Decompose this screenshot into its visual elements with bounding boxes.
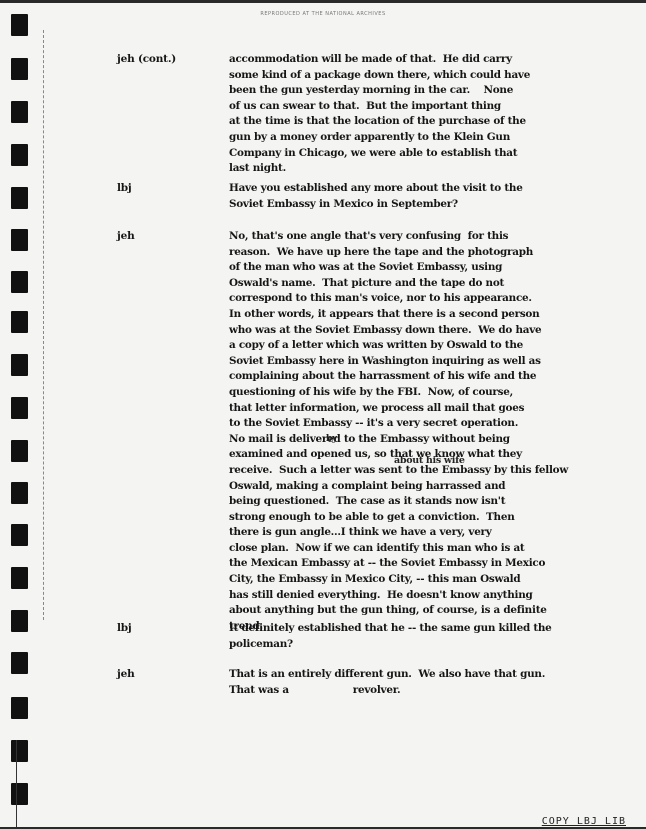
speech-line: gun by a money order apparently to the K… bbox=[229, 130, 629, 146]
speech-text: accommodation will be made of that. He d… bbox=[229, 52, 629, 177]
binder-line bbox=[16, 740, 17, 828]
speech-line: been the gun yesterday morning in the ca… bbox=[229, 83, 629, 99]
binder-hole bbox=[11, 144, 28, 166]
handwritten-annotation: about his wife bbox=[394, 455, 465, 466]
binder-hole bbox=[11, 14, 28, 36]
speech-line: questioning of his wife by the FBI. Now,… bbox=[229, 385, 629, 401]
binder-hole bbox=[11, 271, 28, 293]
speech-line: reason. We have up here the tape and the… bbox=[229, 245, 629, 261]
speech-line: to the Soviet Embassy -- it's a very sec… bbox=[229, 416, 629, 432]
binder-hole bbox=[11, 652, 28, 674]
speech-line: Soviet Embassy in Mexico in September? bbox=[229, 197, 629, 213]
speech-line: Company in Chicago, we were able to esta… bbox=[229, 146, 629, 162]
binder-hole bbox=[11, 311, 28, 333]
speech-line: has still denied everything. He doesn't … bbox=[229, 588, 629, 604]
speech-line: Have you established any more about the … bbox=[229, 181, 629, 197]
scan-top-edge bbox=[0, 0, 646, 3]
speaker-label: lbj bbox=[117, 621, 132, 637]
speech-line: City, the Embassy in Mexico City, -- thi… bbox=[229, 572, 629, 588]
binder-hole bbox=[11, 397, 28, 419]
speech-line: Soviet Embassy here in Washington inquir… bbox=[229, 354, 629, 370]
speech-text: It definitely established that he -- the… bbox=[229, 621, 629, 652]
speech-line: That is an entirely different gun. We al… bbox=[229, 667, 629, 683]
speech-line: at the time is that the location of the … bbox=[229, 114, 629, 130]
archive-stamp: REPRODUCED AT THE NATIONAL ARCHIVES bbox=[0, 11, 646, 17]
speech-line: correspond to this man's voice, nor to h… bbox=[229, 291, 629, 307]
binder-hole bbox=[11, 740, 28, 762]
speech-line: close plan. Now if we can identify this … bbox=[229, 541, 629, 557]
speech-line: being questioned. The case as it stands … bbox=[229, 494, 629, 510]
speech-line: accommodation will be made of that. He d… bbox=[229, 52, 629, 68]
binder-hole bbox=[11, 229, 28, 251]
speech-line: some kind of a package down there, which… bbox=[229, 68, 629, 84]
binder-hole bbox=[11, 354, 28, 376]
speech-line: the Mexican Embassy at -- the Soviet Emb… bbox=[229, 556, 629, 572]
binder-hole bbox=[11, 440, 28, 462]
speech-line: a copy of a letter which was written by … bbox=[229, 338, 629, 354]
speech-line: strong enough to be able to get a convic… bbox=[229, 510, 629, 526]
binder-hole bbox=[11, 524, 28, 546]
speech-text: No, that's one angle that's very confusi… bbox=[229, 229, 629, 634]
speech-line: that letter information, we process all … bbox=[229, 401, 629, 417]
speech-line: complaining about the harrassment of his… bbox=[229, 369, 629, 385]
speech-line: about anything but the gun thing, of cou… bbox=[229, 603, 629, 619]
speaker-label: jeh bbox=[117, 229, 135, 245]
binder-hole bbox=[11, 610, 28, 632]
speaker-label: jeh (cont.) bbox=[117, 52, 176, 68]
margin-dotted-line bbox=[43, 30, 44, 620]
speech-line: policeman? bbox=[229, 637, 629, 653]
speech-line: In other words, it appears that there is… bbox=[229, 307, 629, 323]
speech-line: No mail is delivered to the Embassy with… bbox=[229, 432, 629, 448]
binder-hole bbox=[11, 783, 28, 805]
speech-line: of the man who was at the Soviet Embassy… bbox=[229, 260, 629, 276]
speech-line: of us can swear to that. But the importa… bbox=[229, 99, 629, 115]
speech-line: there is gun angle...I think we have a v… bbox=[229, 525, 629, 541]
speaker-label: lbj bbox=[117, 181, 132, 197]
speech-line: last night. bbox=[229, 161, 629, 177]
handwritten-annotation: by bbox=[326, 434, 337, 444]
binder-hole bbox=[11, 482, 28, 504]
speech-line: Oswald's name. That picture and the tape… bbox=[229, 276, 629, 292]
binder-hole bbox=[11, 187, 28, 209]
speech-line: It definitely established that he -- the… bbox=[229, 621, 629, 637]
speech-line: Oswald, making a complaint being harrass… bbox=[229, 479, 629, 495]
binder-hole bbox=[11, 567, 28, 589]
speech-text: Have you established any more about the … bbox=[229, 181, 629, 212]
binder-hole bbox=[11, 101, 28, 123]
library-copy-stamp: COPY LBJ LIB bbox=[542, 816, 626, 827]
speech-line: who was at the Soviet Embassy down there… bbox=[229, 323, 629, 339]
speech-text: That is an entirely different gun. We al… bbox=[229, 667, 629, 698]
speech-line: That was a revolver. bbox=[229, 683, 629, 699]
speaker-label: jeh bbox=[117, 667, 135, 683]
binder-hole bbox=[11, 697, 28, 719]
binder-hole bbox=[11, 58, 28, 80]
speech-line: No, that's one angle that's very confusi… bbox=[229, 229, 629, 245]
